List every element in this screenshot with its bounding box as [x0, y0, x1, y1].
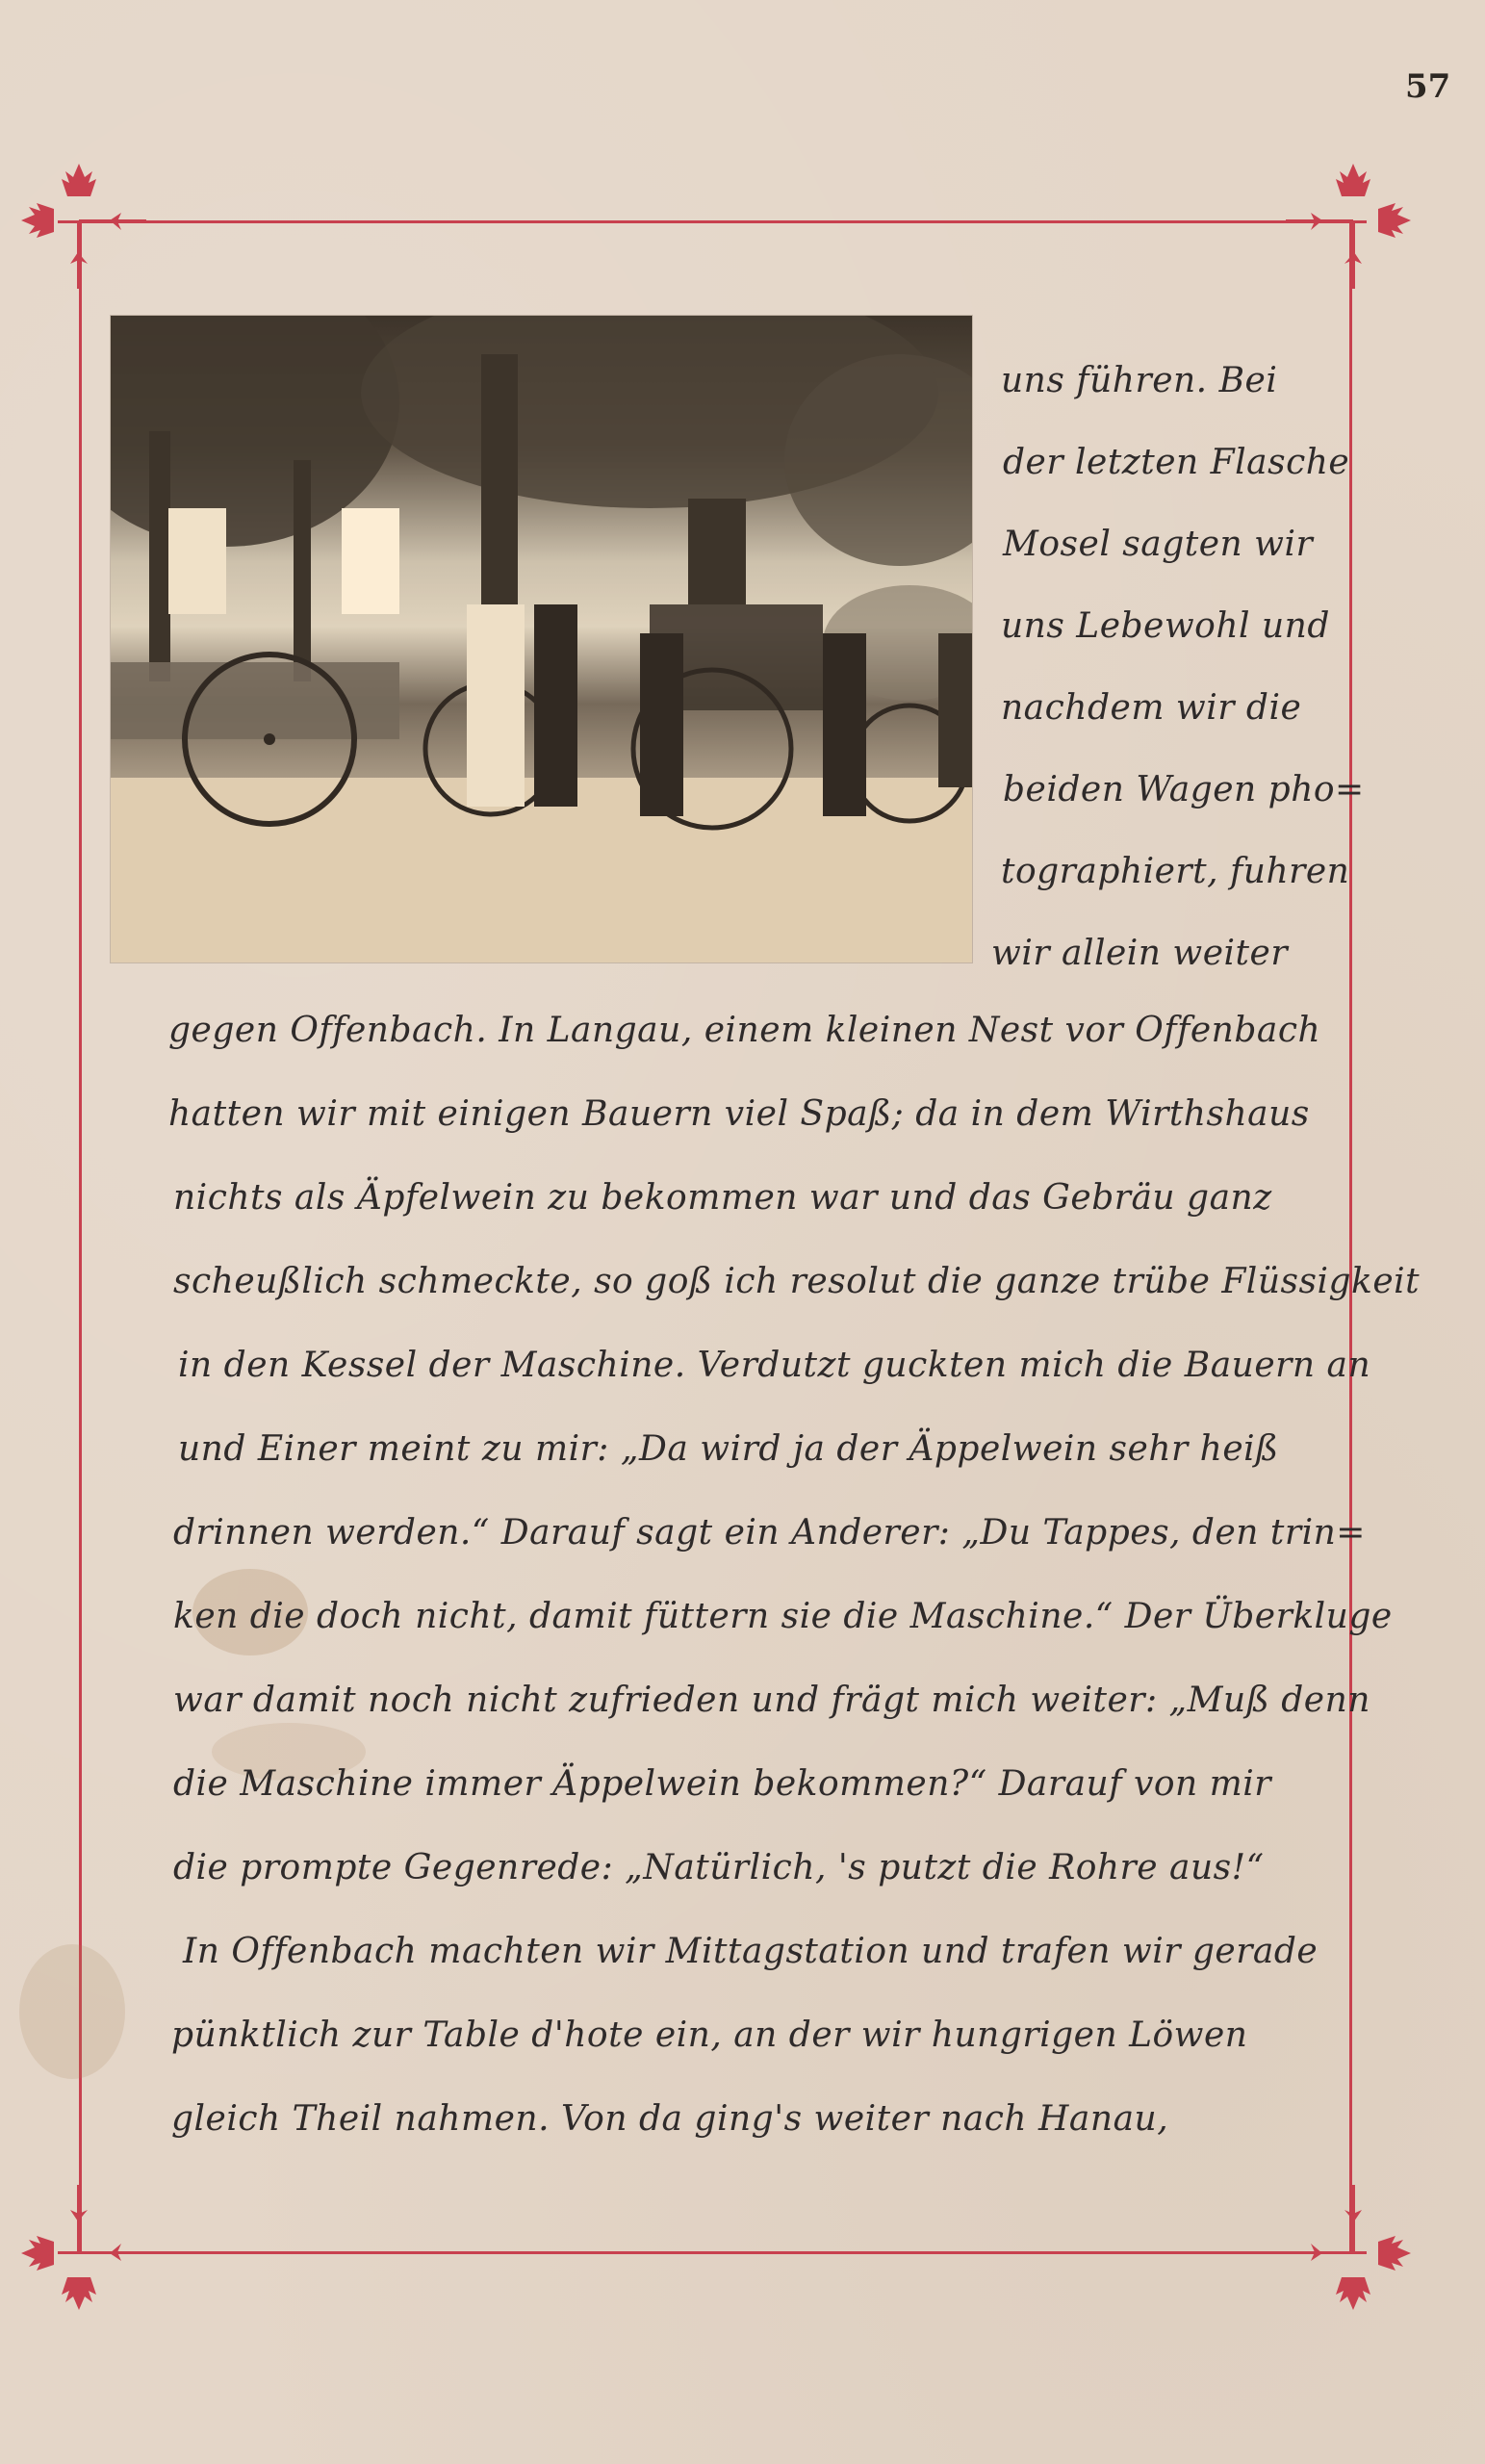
text-line: drinnen werden.“ Darauf sagt ein Anderer… [173, 1513, 1366, 1553]
frame-right-line [1349, 220, 1352, 2251]
corner-fleur-icon [1286, 154, 1421, 289]
corner-fleur-icon [1286, 2185, 1421, 2320]
frame-bottom-line [58, 2251, 1367, 2254]
text-line: uns führen. Bei [1001, 361, 1277, 400]
text-line: ken die doch nicht, damit füttern sie di… [173, 1597, 1393, 1636]
text-line: scheußlich schmeckte, so goß ich resolut… [173, 1262, 1420, 1301]
text-line: in den Kessel der Maschine. Verdutzt guc… [178, 1346, 1370, 1385]
text-line: gegen Offenbach. In Langau, einem kleine… [168, 1011, 1320, 1050]
text-line: gleich Theil nahmen. Von da ging's weite… [171, 2099, 1168, 2139]
text-line: nachdem wir die [1001, 688, 1301, 728]
text-line: nichts als Äpfelwein zu bekommen war und… [173, 1178, 1272, 1218]
text-line: Mosel sagten wir [1003, 525, 1313, 564]
text-line: und Einer meint zu mir: „Da wird ja der … [178, 1429, 1279, 1469]
text-line: beiden Wagen pho= [1003, 770, 1365, 809]
text-line: der letzten Flasche [1003, 443, 1349, 482]
text-line: wir allein weiter [991, 934, 1288, 973]
text-line: die prompte Gegenrede: „Natürlich, 's pu… [173, 1848, 1265, 1887]
text-line: In Offenbach machten wir Mittagstation u… [183, 1932, 1318, 1971]
text-line: hatten wir mit einigen Bauern viel Spaß;… [168, 1094, 1310, 1134]
paper-stain [19, 1944, 125, 2079]
corner-fleur-icon [12, 2185, 146, 2320]
text-line: pünktlich zur Table d'hote ein, an der w… [171, 2015, 1247, 2055]
corner-fleur-icon [12, 154, 146, 289]
text-line: tographiert, fuhren [1001, 852, 1349, 891]
frame-top-line [58, 220, 1367, 223]
text-line: uns Lebewohl und [1001, 606, 1330, 646]
text-line: die Maschine immer Äppelwein bekommen?“ … [173, 1764, 1271, 1804]
text-line: war damit noch nicht zufrieden und frägt… [173, 1681, 1370, 1720]
vintage-photograph [111, 316, 972, 962]
page-number: 57 [1405, 67, 1450, 106]
